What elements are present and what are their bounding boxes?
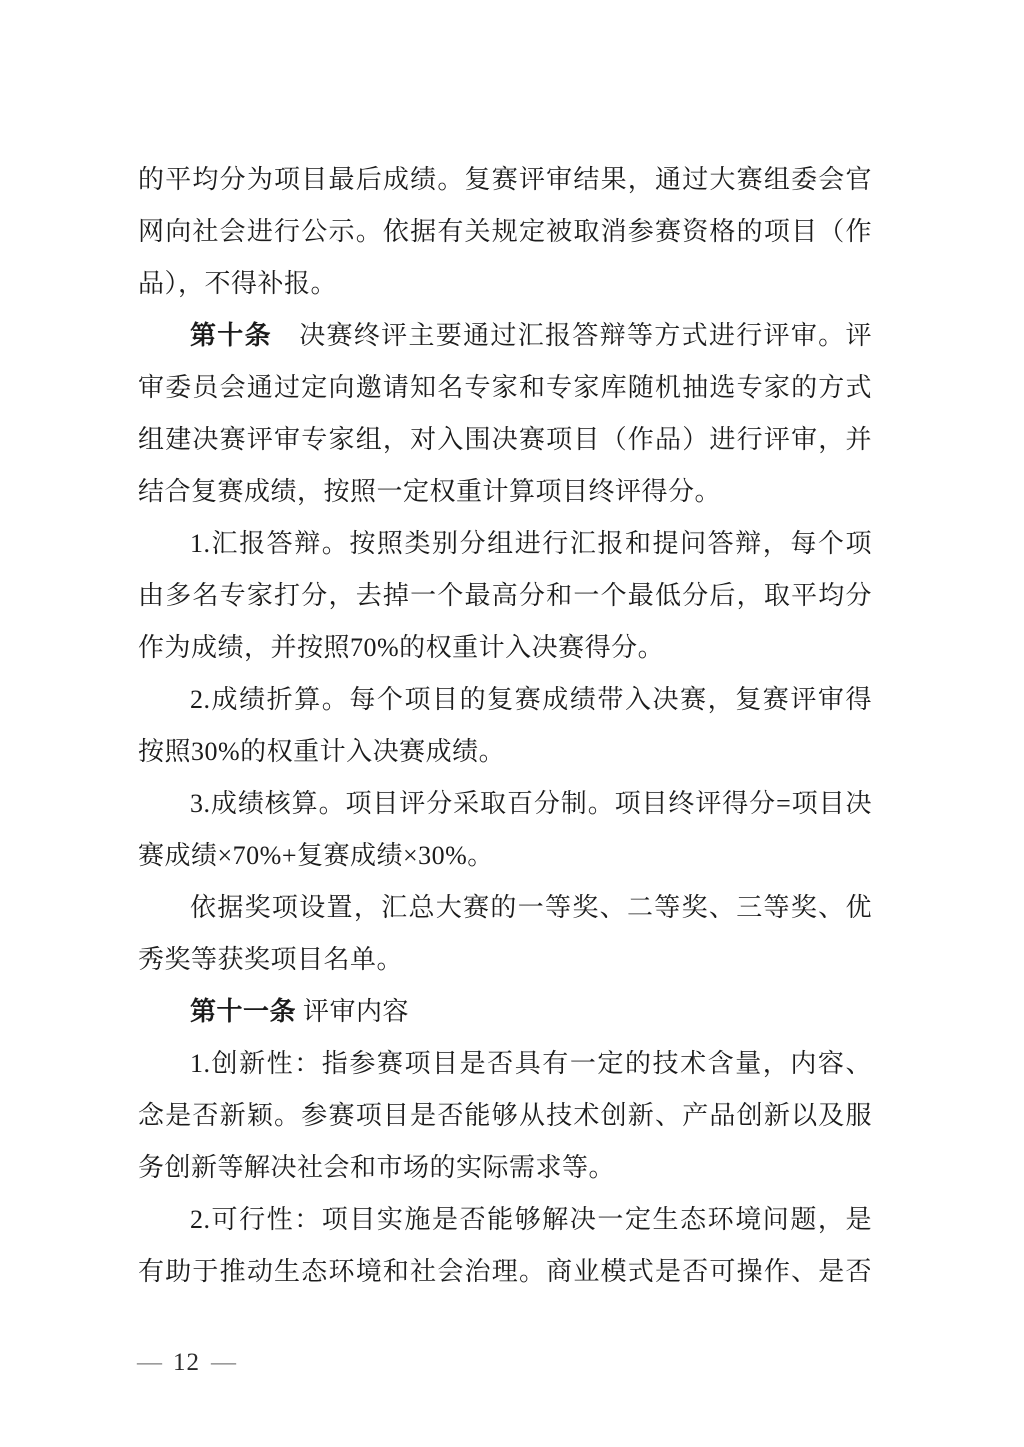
text-line: 务创新等解决社会和市场的实际需求等。	[138, 1142, 872, 1194]
text-line: 结合复赛成绩，按照一定权重计算项目终评得分。	[138, 466, 872, 518]
text-line: 的平均分为项目最后成绩。复赛评审结果，通过大赛组委会官	[138, 154, 872, 206]
text-line: 网向社会进行公示。依据有关规定被取消参赛资格的项目（作	[138, 206, 872, 258]
text-line: 3.成绩核算。项目评分采取百分制。项目终评得分=项目决	[138, 778, 872, 830]
page-number: 12	[173, 1349, 200, 1376]
text-line: 2.成绩折算。每个项目的复赛成绩带入决赛，复赛评审得分	[138, 674, 872, 726]
text-line: 按照30%的权重计入决赛成绩。	[138, 726, 872, 778]
text-line: 依据奖项设置，汇总大赛的一等奖、二等奖、三等奖、优	[138, 882, 872, 934]
text-line: 第十一条 评审内容	[138, 986, 872, 1038]
footer-dash-right: —	[211, 1349, 236, 1376]
text-line: 品），不得补报。	[138, 258, 872, 310]
text-line: 1.创新性：指参赛项目是否具有一定的技术含量，内容、理	[138, 1038, 872, 1090]
text-line: 审委员会通过定向邀请知名专家和专家库随机抽选专家的方式	[138, 362, 872, 414]
text-line: 组建决赛评审专家组，对入围决赛项目（作品）进行评审，并	[138, 414, 872, 466]
text-line: 赛成绩×70%+复赛成绩×30%。	[138, 830, 872, 882]
text-line: 作为成绩，并按照70%的权重计入决赛得分。	[138, 622, 872, 674]
text-line: 念是否新颖。参赛项目是否能够从技术创新、产品创新以及服	[138, 1090, 872, 1142]
footer-dash-left: —	[137, 1349, 162, 1376]
text-line: 第十条 决赛终评主要通过汇报答辩等方式进行评审。评	[138, 310, 872, 362]
page-footer: —12—	[137, 1350, 236, 1376]
document-body: 的平均分为项目最后成绩。复赛评审结果，通过大赛组委会官网向社会进行公示。依据有关…	[138, 154, 872, 1298]
article-heading: 第十一条	[190, 997, 296, 1026]
text-line: 秀奖等获奖项目名单。	[138, 934, 872, 986]
text-line: 1.汇报答辩。按照类别分组进行汇报和提问答辩，每个项目	[138, 518, 872, 570]
text-line: 有助于推动生态环境和社会治理。商业模式是否可操作、是否	[138, 1246, 872, 1298]
text-line: 2.可行性：项目实施是否能够解决一定生态环境问题，是否	[138, 1194, 872, 1246]
document-page: 的平均分为项目最后成绩。复赛评审结果，通过大赛组委会官网向社会进行公示。依据有关…	[0, 0, 1024, 1447]
article-heading: 第十条	[190, 321, 272, 350]
text-line: 由多名专家打分，去掉一个最高分和一个最低分后，取平均分	[138, 570, 872, 622]
